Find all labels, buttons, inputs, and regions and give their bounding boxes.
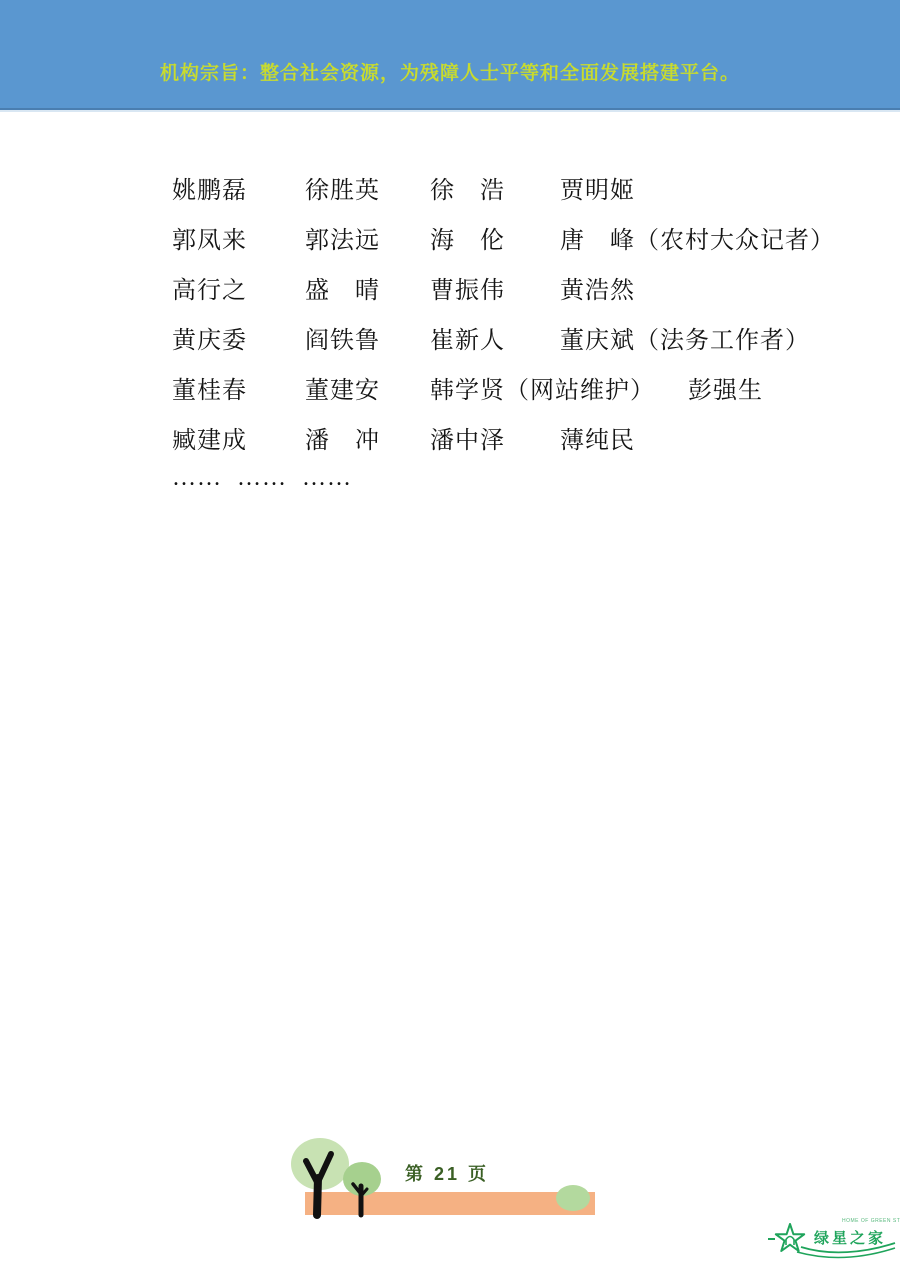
ground-bar bbox=[305, 1192, 595, 1215]
member-name: 姚鹏磊 bbox=[172, 179, 247, 203]
member-name: 徐胜英 bbox=[305, 179, 380, 203]
member-name: 崔新人 bbox=[430, 329, 505, 353]
member-name: 贾明姬 bbox=[560, 179, 635, 203]
member-name: 黄庆委 bbox=[172, 329, 247, 353]
logo-tagline: HOME OF GREEN STAR bbox=[842, 1218, 900, 1224]
member-name: 董建安 bbox=[305, 379, 380, 403]
member-name: 曹振伟 bbox=[430, 279, 505, 303]
member-name: 阎铁鲁 bbox=[305, 329, 380, 353]
member-name: 盛 晴 bbox=[305, 279, 380, 303]
member-name: 韩学贤（网站维护） bbox=[430, 379, 655, 403]
member-name: 薄纯民 bbox=[560, 429, 635, 453]
document-page: 机构宗旨：整合社会资源，为残障人士平等和全面发展搭建平台。 姚鹏磊 徐胜英 徐 … bbox=[0, 0, 900, 1273]
member-name: 董庆斌（法务工作者） bbox=[560, 329, 810, 353]
ellipsis: …… bbox=[172, 466, 222, 490]
member-name: 黄浩然 bbox=[560, 279, 635, 303]
bush bbox=[556, 1185, 590, 1211]
member-name: 彭强生 bbox=[688, 379, 763, 403]
member-name: 郭凤来 bbox=[172, 229, 247, 253]
member-name: 唐 峰（农村大众记者） bbox=[560, 229, 835, 253]
member-name: 高行之 bbox=[172, 279, 247, 303]
page-number: 第 21 页 bbox=[405, 1160, 489, 1186]
org-logo: HOME OF GREEN STAR 绿星之家 bbox=[768, 1211, 896, 1269]
star-icon bbox=[776, 1224, 804, 1251]
logo-name: 绿星之家 bbox=[814, 1227, 886, 1248]
ellipsis: …… bbox=[302, 466, 352, 490]
member-name: 海 伦 bbox=[430, 229, 505, 253]
ellipsis: …… bbox=[237, 466, 287, 490]
member-name: 潘 冲 bbox=[305, 429, 380, 453]
member-name: 徐 浩 bbox=[430, 179, 505, 203]
member-name: 郭法远 bbox=[305, 229, 380, 253]
member-name-list: 姚鹏磊 徐胜英 徐 浩 贾明姬 郭凤来 郭法远 海 伦 唐 峰（农村大众记者） … bbox=[0, 0, 900, 520]
member-name: 潘中泽 bbox=[430, 429, 505, 453]
member-name: 臧建成 bbox=[172, 429, 247, 453]
member-name: 董桂春 bbox=[172, 379, 247, 403]
